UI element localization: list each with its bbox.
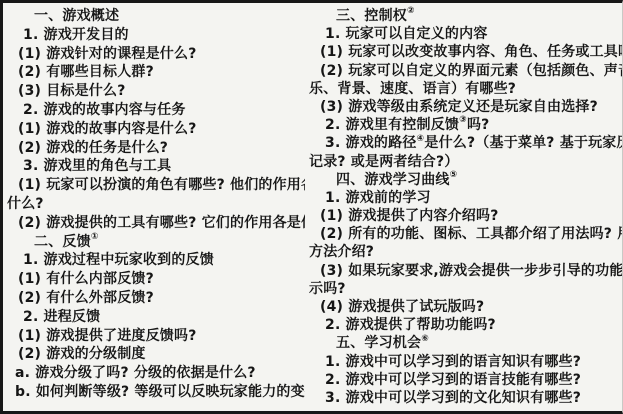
text-line: 乐、背景、速度、语言）有哪些?: [309, 80, 622, 98]
text-line: 3. 游戏里的角色与工具: [7, 157, 305, 176]
text-line: 三、控制权②: [309, 7, 622, 25]
text-line: 1. 游戏开发目的: [7, 26, 305, 45]
text-line: (1) 游戏提供了内容介绍吗?: [309, 207, 622, 225]
footnote-marker: ⑤: [450, 170, 458, 180]
text-line: (2) 玩家可以自定义的界面元素（包括颜色、声音、音: [309, 62, 622, 80]
text-line: 2. 游戏中可以学习到的语言技能有哪些?: [309, 371, 622, 389]
text-line: (2) 有哪些目标人群?: [7, 63, 305, 82]
text-line: (3) 如果玩家要求,游戏会提供一步步引导的功能演: [309, 262, 622, 280]
text-line: 二、反馈①: [7, 233, 305, 252]
text-line: (2) 所有的功能、图标、工具都介绍了用法吗? 用什么: [309, 225, 622, 243]
footnote-marker: ④: [417, 134, 425, 144]
text-line: (1) 游戏提供了进度反馈吗?: [7, 327, 305, 346]
text-line: (3) 游戏等级由系统定义还是玩家自由选择?: [309, 98, 622, 116]
text-line: (1) 玩家可以扮演的角色有哪些? 他们的作用各是: [7, 176, 305, 195]
footnote-marker: ①: [91, 232, 99, 242]
text-line: 什么?: [7, 195, 305, 214]
text-line: 五、学习机会⑥: [309, 334, 622, 352]
two-column-layout: 一、游戏概述1. 游戏开发目的(1) 游戏针对的课程是什么?(2) 有哪些目标人…: [3, 3, 622, 411]
text-line: 1. 游戏过程中玩家收到的反馈: [7, 251, 305, 270]
text-line: (2) 游戏的分级制度: [7, 345, 305, 364]
text-line: 3. 游戏的路径④是什么?（基于菜单? 基于玩家历史: [309, 134, 622, 152]
text-line: 1. 游戏中可以学习到的语言知识有哪些?: [309, 353, 622, 371]
text-line: 方法介绍?: [309, 243, 622, 261]
book-page: 一、游戏概述1. 游戏开发目的(1) 游戏针对的课程是什么?(2) 有哪些目标人…: [0, 0, 623, 414]
text-line: 3. 游戏中可以学习到的文化知识有哪些?: [309, 389, 622, 407]
text-line: 一、游戏概述: [7, 7, 305, 26]
text-line: 2. 游戏的故事内容与任务: [7, 101, 305, 120]
footnote-marker: ②: [407, 6, 415, 16]
column-left: 一、游戏概述1. 游戏开发目的(1) 游戏针对的课程是什么?(2) 有哪些目标人…: [3, 3, 305, 411]
text-line: (1) 玩家可以改变故事内容、角色、任务或工具吗?: [309, 43, 622, 61]
text-line: a. 游戏分级了吗? 分级的依据是什么?: [7, 364, 305, 383]
text-line: 记录? 或是两者结合?）: [309, 153, 622, 171]
text-line: (1) 有什么内部反馈?: [7, 270, 305, 289]
text-line: 四、游戏学习曲线⑤: [309, 171, 622, 189]
text-line: 1. 玩家可以自定义的内容: [309, 25, 622, 43]
text-line: (1) 游戏针对的课程是什么?: [7, 45, 305, 64]
text-line: (2) 有什么外部反馈?: [7, 289, 305, 308]
text-line: (3) 目标是什么?: [7, 82, 305, 101]
text-line: 示吗?: [309, 280, 622, 298]
text-line: b. 如何判断等级? 等级可以反映玩家能力的变化吗?: [7, 383, 305, 402]
text-line: 1. 游戏前的学习: [309, 189, 622, 207]
footnote-marker: ⑥: [421, 334, 429, 344]
text-line: (2) 游戏的任务是什么?: [7, 139, 305, 158]
column-right: 三、控制权②1. 玩家可以自定义的内容(1) 玩家可以改变故事内容、角色、任务或…: [305, 3, 622, 411]
text-line: (1) 游戏的故事内容是什么?: [7, 120, 305, 139]
footnote-marker: ③: [459, 115, 467, 125]
text-line: 2. 游戏提供了帮助功能吗?: [309, 316, 622, 334]
text-line: 2. 游戏里有控制反馈③吗?: [309, 116, 622, 134]
text-line: (4) 游戏提供了试玩版吗?: [309, 298, 622, 316]
text-line: 2. 进程反馈: [7, 308, 305, 327]
text-line: (2) 游戏提供的工具有哪些? 它们的作用各是什么?: [7, 214, 305, 233]
